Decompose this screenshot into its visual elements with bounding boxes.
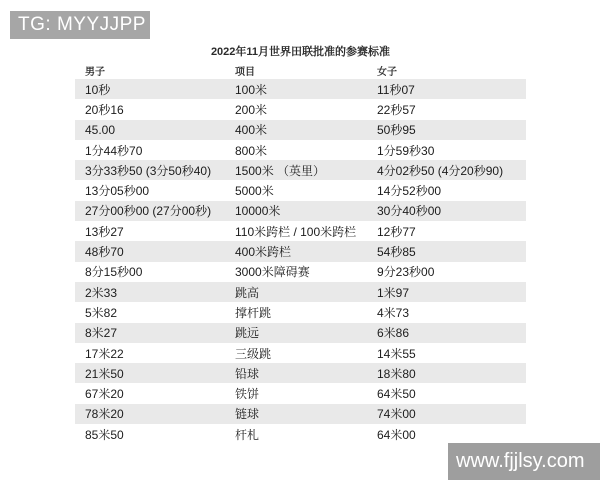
cell-women: 12秒77 [367,223,526,240]
table-row: 78米20链球74米00 [75,404,526,424]
cell-women: 64米00 [367,426,526,443]
table-row: 13分05秒005000米14分52秒00 [75,180,526,200]
table-row: 8分15秒003000米障碍赛9分23秒00 [75,262,526,282]
website-watermark-text: www.fjjlsy.com [456,450,585,472]
cell-event: 5000米 [225,182,367,199]
cell-men: 2米33 [75,284,225,301]
cell-women: 6米86 [367,324,526,341]
cell-men: 3分33秒50 (3分50秒40) [75,162,225,179]
website-watermark-badge: www.fjjlsy.com [448,443,600,480]
cell-men: 13分05秒00 [75,182,225,199]
table-row: 21米50铅球18米80 [75,363,526,383]
cell-men: 20秒16 [75,101,225,118]
cell-event: 链球 [225,405,367,422]
cell-men: 48秒70 [75,243,225,260]
column-header-event: 项目 [225,63,367,78]
cell-women: 64米50 [367,385,526,402]
cell-event: 铅球 [225,365,367,382]
cell-men: 1分44秒70 [75,142,225,159]
table-row: 2米33跳高1米97 [75,282,526,302]
cell-women: 4米73 [367,304,526,321]
cell-event: 800米 [225,142,367,159]
cell-women: 11秒07 [367,81,526,98]
cell-event: 跳高 [225,284,367,301]
cell-event: 三级跳 [225,345,367,362]
cell-men: 21米50 [75,365,225,382]
table-row: 8米27跳远6米86 [75,323,526,343]
cell-event: 3000米障碍赛 [225,263,367,280]
table-row: 85米50杆札64米00 [75,424,526,444]
cell-men: 78米20 [75,405,225,422]
table-row: 27分00秒00 (27分00秒)10000米30分40秒00 [75,201,526,221]
article-page: TG: MYYJJPP 2022年11月世界田联批准的参赛标准 男子 项目 女子… [0,0,600,480]
cell-event: 跳远 [225,324,367,341]
cell-women: 22秒57 [367,101,526,118]
cell-event: 杆札 [225,426,367,443]
cell-women: 30分40秒00 [367,202,526,219]
cell-men: 27分00秒00 (27分00秒) [75,202,225,219]
table-row: 1分44秒70800米1分59秒30 [75,140,526,160]
table-header-row: 男子 项目 女子 [75,62,526,79]
telegram-watermark-text: TG: MYYJJPP [18,14,146,35]
column-header-women: 女子 [367,63,526,78]
cell-event: 1500米 （英里） [225,162,367,179]
cell-women: 74米00 [367,405,526,422]
table-row: 20秒16200米22秒57 [75,99,526,119]
cell-men: 10秒 [75,81,225,98]
cell-event: 200米 [225,101,367,118]
cell-men: 5米82 [75,304,225,321]
cell-event: 撑杆跳 [225,304,367,321]
cell-event: 100米 [225,81,367,98]
cell-event: 400米跨栏 [225,243,367,260]
cell-men: 67米20 [75,385,225,402]
cell-event: 400米 [225,121,367,138]
cell-men: 85米50 [75,426,225,443]
cell-men: 45.00 [75,123,225,137]
cell-women: 9分23秒00 [367,263,526,280]
cell-women: 14米55 [367,345,526,362]
column-header-men: 男子 [75,63,225,78]
page-title: 2022年11月世界田联批准的参赛标准 [75,43,526,59]
cell-women: 50秒95 [367,121,526,138]
table-row: 3分33秒50 (3分50秒40)1500米 （英里）4分02秒50 (4分20… [75,160,526,180]
cell-women: 4分02秒50 (4分20秒90) [367,162,526,179]
table-row: 13秒27110米跨栏 / 100米跨栏12秒77 [75,221,526,241]
table-row: 10秒100米11秒07 [75,79,526,99]
cell-event: 10000米 [225,202,367,219]
cell-event: 110米跨栏 / 100米跨栏 [225,223,367,240]
table-row: 48秒70400米跨栏54秒85 [75,241,526,261]
cell-women: 1米97 [367,284,526,301]
cell-men: 13秒27 [75,223,225,240]
table-body: 10秒100米11秒0720秒16200米22秒5745.00400米50秒95… [75,79,526,444]
cell-women: 14分52秒00 [367,182,526,199]
cell-men: 8分15秒00 [75,263,225,280]
cell-men: 8米27 [75,324,225,341]
cell-women: 18米80 [367,365,526,382]
cell-women: 54秒85 [367,243,526,260]
cell-women: 1分59秒30 [367,142,526,159]
table-row: 67米20铁饼64米50 [75,383,526,403]
cell-event: 铁饼 [225,385,367,402]
telegram-watermark-badge: TG: MYYJJPP [10,11,150,39]
table-row: 17米22三级跳14米55 [75,343,526,363]
standards-table: 男子 项目 女子 10秒100米11秒0720秒16200米22秒5745.00… [75,62,526,444]
table-row: 5米82撑杆跳4米73 [75,302,526,322]
table-row: 45.00400米50秒95 [75,120,526,140]
cell-men: 17米22 [75,345,225,362]
